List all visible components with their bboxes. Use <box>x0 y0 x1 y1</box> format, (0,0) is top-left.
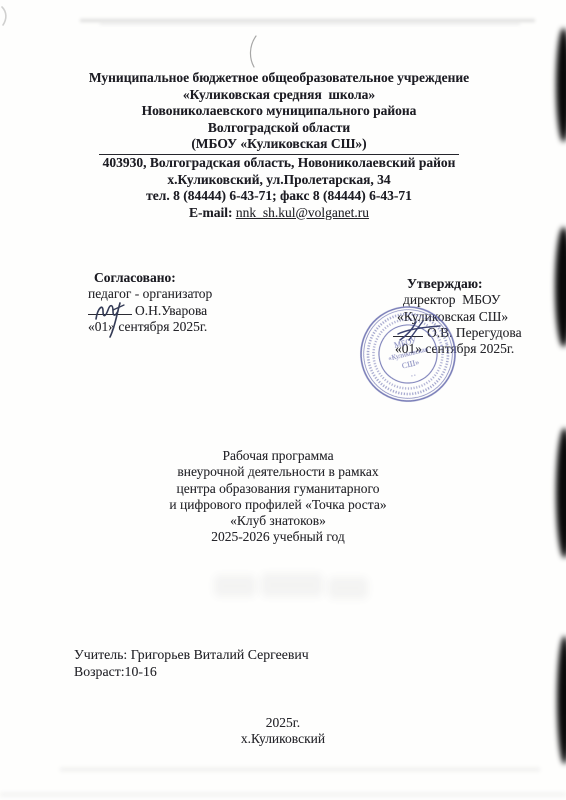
scan-streak-artifact <box>0 793 566 796</box>
teacher-block: Учитель: Григорьев Виталий Сергеевич Воз… <box>74 647 309 681</box>
agreed-title: Согласовано: <box>88 270 288 286</box>
org-name-line: «Куликовская средняя школа» <box>0 87 558 104</box>
email-link: nnk_sh.kul@volganet.ru <box>236 205 369 220</box>
email-line: E-mail: nnk_sh.kul@volganet.ru <box>0 205 558 222</box>
footer-block: 2025г. х.Куликовский <box>0 715 566 748</box>
phone-fax-line: тел. 8 (84444) 6-43-71; факс 8 (84444) 6… <box>0 188 558 205</box>
scan-streak-artifact <box>100 23 520 25</box>
ink-bleed-artifact <box>328 577 368 599</box>
program-title-block: Рабочая программа внеурочной деятельност… <box>0 448 556 546</box>
program-title-line: и цифрового профилей «Точка роста» <box>0 497 556 513</box>
program-title-line: центра образования гуманитарного <box>0 481 556 497</box>
agreed-handwritten-signature <box>90 299 144 341</box>
stamp-dot: • • <box>411 374 417 380</box>
program-title-line: Рабочая программа <box>0 448 556 464</box>
email-label: E-mail: <box>189 205 236 220</box>
agreed-name: О.Н.Уварова <box>135 303 207 318</box>
org-short-name-row: (МБОУ «Куликовская СШ») <box>0 136 558 155</box>
program-title-line: внеурочной деятельности в рамках <box>0 464 556 480</box>
scan-curve-artifact <box>246 34 260 70</box>
address-line: 403930, Волгоградская область, Новоникол… <box>0 155 558 172</box>
scan-streak-artifact <box>80 19 535 22</box>
program-year-line: 2025-2026 учебный год <box>0 529 556 545</box>
age-range-line: Возраст:10-16 <box>74 664 309 681</box>
scan-corner-artifact <box>0 5 10 27</box>
approved-handwritten-signature <box>396 318 444 342</box>
ink-bleed-artifact <box>214 575 256 597</box>
org-name-line: Муниципальное бюджетное общеобразователь… <box>0 70 558 87</box>
scan-edge-artifact <box>556 428 566 558</box>
ink-bleed-artifact <box>261 573 323 597</box>
letterhead: Муниципальное бюджетное общеобразователь… <box>0 70 558 221</box>
scan-streak-artifact <box>60 768 540 771</box>
program-title-line: «Клуб знатоков» <box>0 513 556 529</box>
footer-year: 2025г. <box>0 715 566 731</box>
org-name-line: Новониколаевского муниципального района <box>0 103 558 120</box>
approved-title: Утверждаю: <box>393 276 566 292</box>
teacher-name-line: Учитель: Григорьев Виталий Сергеевич <box>74 647 309 664</box>
address-line: х.Куликовский, ул.Пролетарская, 34 <box>0 172 558 189</box>
org-name-line: Волгоградской области <box>0 120 558 137</box>
stamp-center-text: СШ» <box>401 358 420 371</box>
org-short-name: (МБОУ «Куликовская СШ») <box>99 136 458 155</box>
footer-place: х.Куликовский <box>0 731 566 747</box>
scanned-document-page: Муниципальное бюджетное общеобразователь… <box>0 0 566 800</box>
